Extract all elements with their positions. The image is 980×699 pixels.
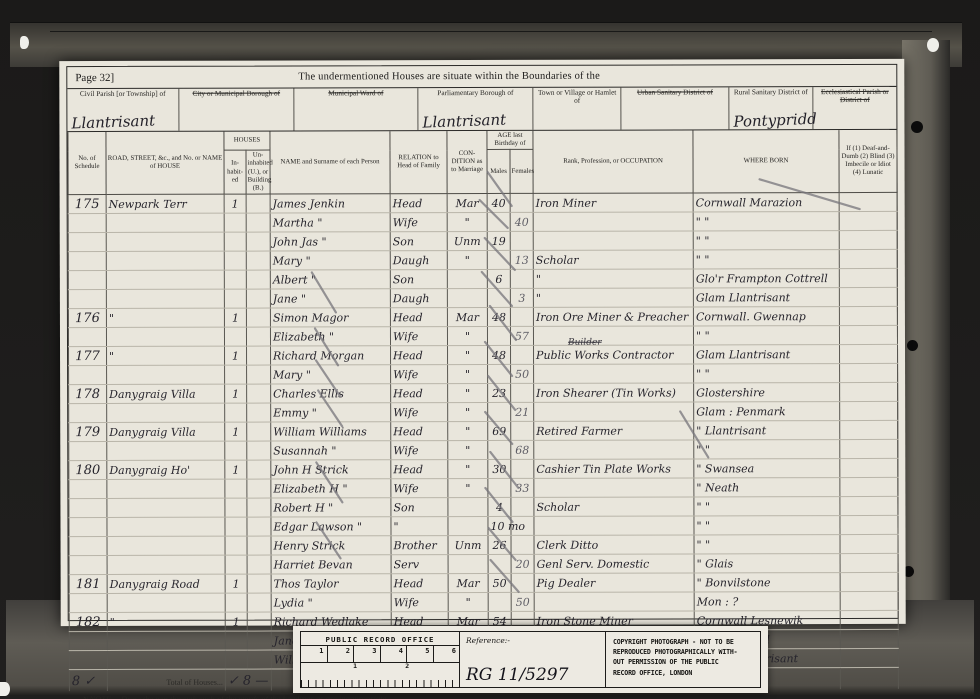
age-female-cell xyxy=(511,459,534,478)
condition: " xyxy=(450,387,485,400)
relation: Head xyxy=(393,197,423,210)
age-female: 57 xyxy=(513,329,531,342)
age-male: 19 xyxy=(490,235,508,248)
houses-inhabited: 1 xyxy=(227,425,244,438)
address-cell xyxy=(107,650,225,669)
houses-inhabited-cell: 1 xyxy=(225,384,247,403)
person-name-cell: Harriet Bevan xyxy=(271,555,391,574)
age-male: 50 xyxy=(491,577,509,590)
age-female-cell: 57 xyxy=(510,326,533,345)
where-born-cell: " " xyxy=(693,231,839,250)
where-born: " " xyxy=(697,538,711,551)
col-infirmity: If (1) Deaf-and-Dumb (2) Blind (3) Imbec… xyxy=(839,130,897,193)
table-row: Edgar Lawson ""10 mo" " xyxy=(69,516,898,537)
houses-inhabited: 1 xyxy=(227,349,244,362)
person-name: Lydia " xyxy=(274,597,313,610)
houses-inhabited-cell: 1 xyxy=(225,460,247,479)
where-born-cell: " Llantrisant xyxy=(694,421,840,440)
relation-cell: Wife xyxy=(391,403,448,422)
age-female-cell: 50 xyxy=(511,592,534,611)
address-cell: Newpark Terr xyxy=(106,194,224,213)
table-row: 178Danygraig Villa1Charles EllisHead"23I… xyxy=(69,383,898,404)
where-born: Glam : Penmark xyxy=(696,405,785,418)
infirmity-cell xyxy=(840,478,898,497)
location-value-handwritten: Llantrisant xyxy=(422,110,506,131)
age-male: 10 mo xyxy=(490,520,508,533)
occupation: Iron Ore Miner & Preacher xyxy=(536,311,688,324)
relation-cell: " xyxy=(391,517,448,536)
person-name-cell: Elizabeth " xyxy=(270,327,390,346)
person-name: Susannah " xyxy=(273,444,336,457)
condition-cell: " xyxy=(448,422,488,441)
person-name: Albert " xyxy=(273,274,316,287)
relation: Wife xyxy=(394,596,419,609)
table-row: John Jas "SonUnm19" " xyxy=(68,231,897,252)
age-male-cell xyxy=(488,555,511,574)
table-row: Martha "Wife"40" " xyxy=(68,212,897,233)
person-name-cell: Charles Ellis xyxy=(271,384,391,403)
condition: Mar xyxy=(450,311,485,324)
condition-cell xyxy=(448,555,488,574)
occupation: Scholar xyxy=(536,501,579,514)
age-male: 26 xyxy=(491,539,509,552)
age-male-cell: 48 xyxy=(487,308,510,327)
condition-cell: Unm xyxy=(447,232,487,251)
occupation: Scholar xyxy=(536,254,579,267)
relation-cell: Wife xyxy=(390,327,447,346)
houses-inhabited-cell xyxy=(225,498,247,517)
condition: Unm xyxy=(450,235,485,248)
condition-cell: " xyxy=(448,593,488,612)
person-name: Thos Taylor xyxy=(274,577,339,590)
person-name-cell: Jane " xyxy=(270,289,390,308)
where-born: Glam Llantrisant xyxy=(696,291,790,304)
age-female: 68 xyxy=(513,443,531,456)
where-born-cell: " " xyxy=(694,364,840,383)
relation-cell: Head xyxy=(391,346,448,365)
condition: " xyxy=(450,349,485,362)
address-cell xyxy=(106,251,224,270)
where-born-cell: " " xyxy=(693,212,839,231)
age-female-cell xyxy=(511,345,534,364)
schedule-number-cell xyxy=(69,594,107,613)
where-born: Glostershire xyxy=(696,386,765,399)
film-speck xyxy=(0,682,10,696)
col-females: Females xyxy=(510,150,533,194)
table-row: Henry StrickBrotherUnm26Clerk Ditto" " xyxy=(69,535,898,556)
address-cell xyxy=(107,536,225,555)
scale-number: 3 xyxy=(354,646,381,662)
age-male-cell: 6 xyxy=(487,270,510,289)
schedule-number-cell: 182 xyxy=(69,613,107,632)
col-inhabited: In-habit-ed xyxy=(224,150,246,194)
where-born-cell: Glostershire xyxy=(694,383,840,402)
condition: " xyxy=(450,444,485,457)
infirmity-cell xyxy=(840,649,898,668)
total-houses-label: Total of Houses... xyxy=(166,677,223,686)
age-male: 69 xyxy=(490,425,508,438)
houses-inhabited: 1 xyxy=(228,615,245,628)
condition-cell: " xyxy=(447,327,487,346)
age-male: 30 xyxy=(490,463,508,476)
houses-uninhabited-cell xyxy=(246,327,270,346)
condition: Mar xyxy=(451,577,486,590)
occupation: Public Works Contractor xyxy=(536,349,673,362)
where-born: " Swansea xyxy=(696,462,754,475)
age-male-cell: 10 mo xyxy=(488,517,511,536)
location-cell: Town or Village or Hamlet of xyxy=(534,88,622,130)
houses-uninhabited-cell xyxy=(247,365,271,384)
location-cell: Urban Sanitary District of xyxy=(622,87,730,129)
person-name-cell: Henry Strick xyxy=(271,536,391,555)
infirmity-cell xyxy=(840,516,898,535)
occupation-struck-note: Builder xyxy=(568,338,602,348)
houses-uninhabited-cell xyxy=(246,270,270,289)
address-cell: " xyxy=(107,346,225,365)
houses-inhabited-cell xyxy=(224,327,246,346)
age-female: 20 xyxy=(514,557,532,570)
age-female: 40 xyxy=(513,215,531,228)
person-name: James Jenkin xyxy=(273,197,345,210)
age-male-cell xyxy=(488,593,511,612)
relation-cell: Daugh xyxy=(390,289,447,308)
houses-uninhabited-cell xyxy=(247,498,271,517)
condition-cell: Mar xyxy=(447,308,487,327)
infirmity-cell xyxy=(839,193,897,212)
condition: Unm xyxy=(451,539,486,552)
person-name: Richard Morgan xyxy=(273,349,364,362)
age-male-cell xyxy=(487,327,510,346)
houses-uninhabited-cell xyxy=(247,536,271,555)
relation: Daugh xyxy=(393,292,430,305)
occupation-cell: Iron Shearer (Tin Works) xyxy=(534,383,694,402)
total-houses-value: ✓ 8 — xyxy=(228,673,268,688)
schedule-number-cell xyxy=(68,233,106,252)
census-table-body: 175Newpark Terr1James JenkinHeadMar40Iro… xyxy=(68,193,898,670)
occupation-cell: Genl Serv. Domestic xyxy=(534,554,694,573)
pro-copyright-section: COPYRIGHT PHOTOGRAPH - NOT TO BE REPRODU… xyxy=(606,632,760,687)
age-male-cell xyxy=(488,479,511,498)
where-born: " " xyxy=(696,443,710,456)
schedule-number-cell: 177 xyxy=(69,347,107,366)
condition: " xyxy=(450,406,485,419)
relation: Wife xyxy=(393,482,418,495)
where-born: Glam Llantrisant xyxy=(696,348,790,361)
houses-inhabited-cell: 1 xyxy=(224,308,246,327)
relation-cell: Head xyxy=(391,460,448,479)
address: Danygraig Villa xyxy=(109,388,195,401)
table-row: Emmy "Wife"21Glam : Penmark xyxy=(69,402,898,423)
age-male-cell: 40 xyxy=(487,194,510,213)
person-name: Martha " xyxy=(273,217,323,230)
schedule-number-cell xyxy=(68,252,106,271)
age-male: 40 xyxy=(490,197,508,210)
location-label: Civil Parish [or Township] of xyxy=(69,90,176,99)
person-name-cell: Simon Magor xyxy=(270,308,390,327)
age-female: 50 xyxy=(513,367,531,380)
col-name: NAME and Surname of each Person xyxy=(270,131,390,194)
houses-inhabited-cell xyxy=(225,479,247,498)
houses-uninhabited-cell xyxy=(247,422,271,441)
age-female-cell: 3 xyxy=(510,288,533,307)
houses-inhabited-cell xyxy=(225,593,247,612)
relation-cell: Head xyxy=(391,422,448,441)
schedule-number: 176 xyxy=(71,311,104,326)
person-name-cell: Martha " xyxy=(270,213,390,232)
col-age-group: AGE last Birthday of xyxy=(487,131,533,150)
relation-cell: Son xyxy=(390,232,447,251)
table-row: Elizabeth H "Wife"33" Neath xyxy=(69,478,898,499)
person-name-cell: Thos Taylor xyxy=(271,574,391,593)
condition: " xyxy=(450,254,485,267)
location-label: Municipal Ward of xyxy=(297,89,416,98)
age-male: 4 xyxy=(490,501,508,514)
condition-cell xyxy=(448,498,488,517)
occupation: Clerk Ditto xyxy=(537,539,599,552)
ruler-number: 1 xyxy=(353,662,357,670)
person-name: John Jas " xyxy=(273,236,327,249)
houses-uninhabited-cell xyxy=(247,441,271,460)
relation-cell: Head xyxy=(391,574,448,593)
copyright-text: COPYRIGHT PHOTOGRAPH - NOT TO BE REPRODU… xyxy=(613,637,760,678)
relation-cell: Brother xyxy=(391,536,448,555)
relation: Head xyxy=(393,311,423,324)
relation-cell: Head xyxy=(390,308,447,327)
where-born-cell: Glam Llantrisant xyxy=(694,345,840,364)
relation: Wife xyxy=(393,368,418,381)
where-born: " Glais xyxy=(697,557,734,570)
occupation: " xyxy=(536,273,541,286)
houses-uninhabited-cell xyxy=(246,213,270,232)
relation-cell: Wife xyxy=(391,593,448,612)
address-cell xyxy=(107,441,225,460)
address-cell xyxy=(106,289,224,308)
relation-cell: Serv xyxy=(391,555,448,574)
houses-uninhabited-cell xyxy=(247,650,271,669)
occupation-cell xyxy=(534,440,694,459)
occupation-cell xyxy=(533,212,693,231)
condition: " xyxy=(450,482,485,495)
pro-scale-numbers: 123456 xyxy=(301,645,459,663)
address-cell xyxy=(106,327,224,346)
age-male: 6 xyxy=(490,273,508,286)
houses-inhabited-cell xyxy=(225,631,247,650)
location-label: Town or Village or Hamlet of xyxy=(536,89,619,106)
condition-cell: " xyxy=(447,251,487,270)
schedule-number-cell xyxy=(69,480,107,499)
person-name-cell: James Jenkin xyxy=(270,194,390,213)
occupation-cell xyxy=(534,478,694,497)
infirmity-cell xyxy=(839,212,897,231)
address-cell xyxy=(106,232,224,251)
infirmity-cell xyxy=(840,630,898,649)
occupation-cell: Public Works ContractorBuilder xyxy=(534,345,694,364)
address-cell: " xyxy=(107,612,225,631)
person-name: Charles Ellis xyxy=(273,387,344,400)
where-born: " " xyxy=(696,215,710,228)
address-cell: Danygraig Road xyxy=(107,574,225,593)
address-cell xyxy=(107,403,225,422)
address-cell xyxy=(106,270,224,289)
person-name-cell: Susannah " xyxy=(271,441,391,460)
houses-uninhabited-cell xyxy=(247,593,271,612)
relation: Brother xyxy=(394,539,437,552)
person-name: Elizabeth " xyxy=(273,330,334,343)
age-female-cell: 33 xyxy=(511,478,534,497)
location-cell: Rural Sanitary District ofPontypridd xyxy=(729,87,813,129)
houses-inhabited-cell xyxy=(224,251,246,270)
table-row: Lydia "Wife"50Mon : ? xyxy=(69,592,898,613)
relation: Daugh xyxy=(393,254,430,267)
relation: Wife xyxy=(393,216,418,229)
schedule-number: 180 xyxy=(71,463,104,478)
relation-cell: Son xyxy=(390,270,447,289)
where-born-cell: " " xyxy=(694,440,840,459)
condition-cell: " xyxy=(447,213,487,232)
occupation-cell: Clerk Ditto xyxy=(534,535,694,554)
age-male-cell: 48 xyxy=(488,346,511,365)
person-name-cell: Mary " xyxy=(270,251,390,270)
age-female-cell xyxy=(511,383,534,402)
address-cell: Danygraig Ho' xyxy=(107,460,225,479)
table-row: Elizabeth "Wife"57" " xyxy=(68,326,897,347)
relation: Head xyxy=(393,349,423,362)
col-schedule: No. of Schedule xyxy=(68,132,106,195)
schedule-number-cell xyxy=(69,556,107,575)
age-male-cell xyxy=(488,441,511,460)
infirmity-cell xyxy=(840,535,898,554)
location-value-handwritten: Pontypridd xyxy=(733,110,817,131)
address: Danygraig Villa xyxy=(109,426,195,439)
where-born: " " xyxy=(696,253,710,266)
pro-scale-section: PUBLIC RECORD OFFICE 123456 1 2 xyxy=(301,632,460,687)
where-born-cell: " " xyxy=(693,250,839,269)
occupation-cell xyxy=(534,364,694,383)
infirmity-cell xyxy=(840,402,898,421)
condition: Mar xyxy=(450,197,485,210)
where-born: Cornwall. Gwennap xyxy=(696,310,806,323)
where-born: " " xyxy=(696,367,710,380)
ruler-number: 2 xyxy=(405,662,409,670)
address-cell xyxy=(106,213,224,232)
age-female-cell xyxy=(511,535,534,554)
relation: Son xyxy=(393,501,414,514)
condition-cell: " xyxy=(448,460,488,479)
col-condition: CON-DITION as to Marriage xyxy=(447,131,487,194)
scale-number: 4 xyxy=(381,646,408,662)
where-born-cell: Mon : ? xyxy=(694,592,840,611)
houses-inhabited-cell: 1 xyxy=(224,194,246,213)
census-table: No. of Schedule ROAD, STREET, &c., and N… xyxy=(67,130,898,691)
relation: Head xyxy=(394,577,424,590)
houses-inhabited-cell: 1 xyxy=(225,612,247,631)
age-male-cell: 23 xyxy=(488,384,511,403)
houses-uninhabited-cell xyxy=(246,251,270,270)
houses-inhabited-cell xyxy=(224,232,246,251)
where-born-cell: Cornwall. Gwennap xyxy=(693,307,839,326)
age-male-cell xyxy=(488,403,511,422)
scale-number: 6 xyxy=(434,646,460,662)
houses-uninhabited-cell xyxy=(247,574,271,593)
age-male-cell: 26 xyxy=(488,536,511,555)
age-female-cell xyxy=(510,307,533,326)
census-table-header: No. of Schedule ROAD, STREET, &c., and N… xyxy=(68,130,897,195)
relation: Head xyxy=(393,425,423,438)
footnote-text: NOTE.—Draw the pen through such of the w… xyxy=(89,693,388,699)
infirmity-cell xyxy=(839,269,897,288)
infirmity-cell xyxy=(840,611,898,630)
relation-cell: Head xyxy=(390,194,447,213)
houses-inhabited-cell xyxy=(225,555,247,574)
age-female-cell xyxy=(510,193,533,212)
relation: Wife xyxy=(393,444,418,457)
age-female-cell: 40 xyxy=(510,212,533,231)
person-name-cell: Albert " xyxy=(270,270,390,289)
address: " xyxy=(110,616,115,629)
age-female-cell xyxy=(511,573,534,592)
age-male: 23 xyxy=(490,387,508,400)
condition-cell xyxy=(447,289,487,308)
person-name: Mary " xyxy=(273,255,311,268)
reference-label: Reference:- xyxy=(460,632,605,645)
location-label: Parliamentary Borough of xyxy=(420,89,531,98)
houses-inhabited-cell: 1 xyxy=(225,346,247,365)
pro-box: PUBLIC RECORD OFFICE 123456 1 2 Referenc… xyxy=(300,631,761,688)
address: Newpark Terr xyxy=(109,198,187,211)
infirmity-cell xyxy=(839,231,897,250)
person-name-cell: Robert H " xyxy=(271,498,391,517)
age-female-cell: 68 xyxy=(511,440,534,459)
census-photograph: { "page": { "page_number": "Page 32]", "… xyxy=(0,0,980,699)
film-speck xyxy=(20,36,29,49)
condition-cell: Unm xyxy=(448,536,488,555)
relation-cell: Wife xyxy=(391,441,448,460)
houses-inhabited-cell xyxy=(224,213,246,232)
houses-uninhabited-cell xyxy=(246,308,270,327)
where-born-cell: " Glais xyxy=(694,554,840,573)
relation: Son xyxy=(393,273,414,286)
scale-number: 2 xyxy=(328,646,355,662)
person-name: Elizabeth H " xyxy=(273,482,347,495)
schedule-number-cell xyxy=(69,632,107,651)
person-name: Emmy " xyxy=(273,407,317,420)
condition: " xyxy=(450,463,485,476)
age-female-cell xyxy=(511,497,534,516)
schedule-number: 181 xyxy=(72,577,105,592)
occupation-cell: Iron Miner xyxy=(533,193,693,212)
where-born-cell: " Swansea xyxy=(694,459,840,478)
age-female: 13 xyxy=(513,253,531,266)
where-born: Mon : ? xyxy=(697,595,739,608)
condition-cell: " xyxy=(448,346,488,365)
location-cell: Ecclesiastical Parish or District of xyxy=(813,87,896,129)
schedule-number: 179 xyxy=(71,425,104,440)
occupation-cell: Pig Dealer xyxy=(534,573,694,592)
condition-cell: Mar xyxy=(448,574,488,593)
schedule-number-cell xyxy=(69,366,107,385)
person-name-cell: William Williams xyxy=(271,422,391,441)
person-name-cell: John Jas " xyxy=(270,232,390,251)
person-name-cell: John H Strick xyxy=(271,460,391,479)
where-born-cell: Glam Llantrisant xyxy=(693,288,839,307)
relation: Serv xyxy=(394,558,420,571)
person-name-cell: Edgar Lawson " xyxy=(271,517,391,536)
schedule-number-cell xyxy=(68,214,106,233)
occupation-cell: Cashier Tin Plate Works xyxy=(534,459,694,478)
schedule-number: 177 xyxy=(71,349,104,364)
address-cell: " xyxy=(106,308,224,327)
infirmity-cell xyxy=(840,364,898,383)
